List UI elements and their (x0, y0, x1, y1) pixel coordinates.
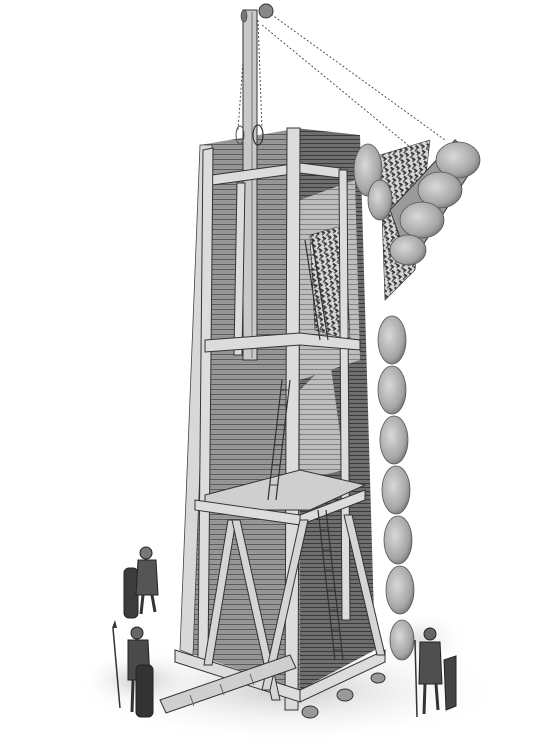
soldier-left-upper (124, 547, 158, 618)
pulley-wheel-icon (259, 4, 273, 18)
tower-back-wall (295, 128, 375, 690)
siege-tower-illustration (0, 0, 550, 756)
